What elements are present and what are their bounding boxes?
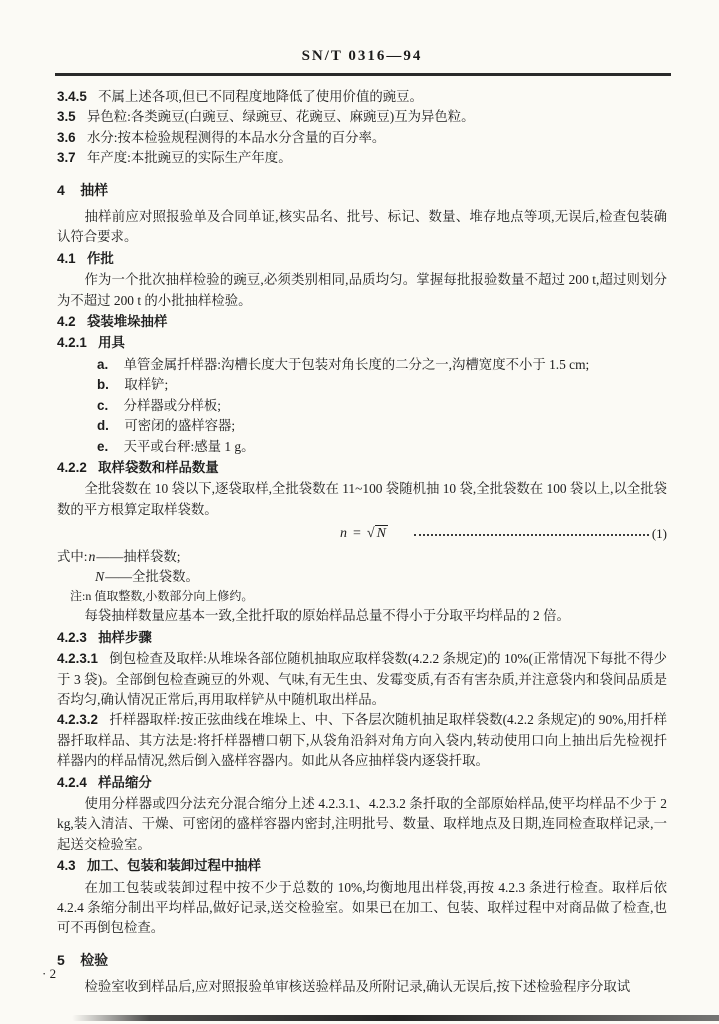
paragraph-4-1: 作为一个批次抽样检验的豌豆,必须类别相同,品质均匀。掌握每批报验数量不超过 20… <box>57 270 667 311</box>
heading-4-2-4: 4.2.4样品缩分 <box>57 773 667 793</box>
list-text: 单管金属扦样器:沟槽长度大于包装对角长度的二分之一,沟槽宽度不小于 1.5 cm… <box>124 357 590 372</box>
list-item-d: d.可密闭的盛样容器; <box>97 416 667 436</box>
formula-1-row: n=√N (1) <box>57 524 667 544</box>
heading-number: 4.2.3 <box>57 630 87 645</box>
heading-4-sampling: 4抽样 <box>57 180 667 200</box>
clause-text: 水分:按本检验规程测得的本品水分含量的百分率。 <box>87 130 385 145</box>
list-item-c: c.分样器或分样板; <box>97 396 667 416</box>
formula-var-N: N <box>375 525 388 541</box>
formula-def-line-2: N——全批袋数。 <box>94 567 667 587</box>
page-header: SN/T 0316—94 <box>57 48 667 65</box>
heading-number: 4.1 <box>57 251 76 266</box>
formula-expression: n=√N <box>340 524 388 544</box>
clause-number: 3.7 <box>57 150 76 165</box>
list-text: 天平或台秤:感量 1 g。 <box>124 439 255 454</box>
paragraph-4-2-4: 使用分样器或四分法充分混合缩分上述 4.2.3.1、4.2.3.2 条扦取的全部… <box>57 794 667 855</box>
heading-number: 4.3 <box>57 858 76 873</box>
list-text: 分样器或分样板; <box>124 398 221 413</box>
paragraph-5: 检验室收到样品后,应对照报验单审核送验样品及所附记录,确认无误后,按下述检验程序… <box>57 977 667 997</box>
standard-number: SN/T 0316—94 <box>302 48 423 64</box>
heading-number: 4.2.4 <box>57 775 87 790</box>
clause-text: 年产度:本批豌豆的实际生产年度。 <box>87 150 292 165</box>
list-marker: b. <box>97 377 109 392</box>
list-item-b: b.取样铲; <box>97 375 667 395</box>
clause-number: 3.5 <box>57 109 76 124</box>
heading-number: 5 <box>57 952 65 968</box>
formula-where-line: 式中:n——抽样袋数; <box>57 547 667 567</box>
clause-3-4-5: 3.4.5不属上述各项,但已不同程度地降低了使用价值的豌豆。 <box>57 87 667 107</box>
def-var-n: n <box>89 549 96 564</box>
paragraph-4-2-2: 全批袋数在 10 袋以下,逐袋取样,全批袋数在 11~100 袋随机抽 10 袋… <box>57 479 667 520</box>
list-marker: a. <box>97 357 108 372</box>
clause-3-7: 3.7年产度:本批豌豆的实际生产年度。 <box>57 148 667 168</box>
paragraph-4-2-2b: 每袋抽样数量应基本一致,全批扦取的原始样品总量不得小于分取平均样品的 2 倍。 <box>57 606 667 626</box>
heading-4-2-2: 4.2.2取样袋数和样品数量 <box>57 458 667 478</box>
heading-title: 取样袋数和样品数量 <box>98 460 219 475</box>
heading-4-1: 4.1作批 <box>57 249 667 269</box>
list-marker: d. <box>97 418 109 433</box>
heading-title: 抽样步骤 <box>98 630 152 645</box>
clause-3-6: 3.6水分:按本检验规程测得的本品水分含量的百分率。 <box>57 128 667 148</box>
heading-4-3: 4.3加工、包装和装卸过程中抽样 <box>57 856 667 876</box>
clause-4-2-3-2: 4.2.3.2扦样器取样:按正弦曲线在堆垛上、中、下各层次随机抽足取样袋数(4.… <box>57 710 667 771</box>
def-text-N: ——全批袋数。 <box>105 569 199 584</box>
heading-4-2: 4.2袋装堆垛抽样 <box>57 312 667 332</box>
heading-title: 加工、包装和装卸过程中抽样 <box>87 858 261 873</box>
list-marker: c. <box>97 398 108 413</box>
dot-leader <box>414 534 649 536</box>
clause-text: 扦样器取样:按正弦曲线在堆垛上、中、下各层次随机抽足取样袋数(4.2.2 条规定… <box>57 712 667 768</box>
heading-title: 用具 <box>98 335 125 350</box>
formula-number: (1) <box>652 524 667 544</box>
document-body: 3.4.5不属上述各项,但已不同程度地降低了使用价值的豌豆。 3.5异色粒:各类… <box>57 87 667 998</box>
list-item-a: a.单管金属扦样器:沟槽长度大于包装对角长度的二分之一,沟槽宽度不小于 1.5 … <box>97 355 667 375</box>
heading-4-2-1: 4.2.1用具 <box>57 333 667 353</box>
clause-number: 3.4.5 <box>57 89 87 104</box>
clause-3-5: 3.5异色粒:各类豌豆(白豌豆、绿豌豆、花豌豆、麻豌豆)互为异色粒。 <box>57 107 667 127</box>
heading-title: 作批 <box>87 251 114 266</box>
heading-number: 4.2.1 <box>57 335 87 350</box>
heading-5-inspection: 5检验 <box>57 950 667 970</box>
heading-4-2-3: 4.2.3抽样步骤 <box>57 628 667 648</box>
def-var-N: N <box>95 569 104 584</box>
heading-title: 样品缩分 <box>98 775 152 790</box>
list-text: 取样铲; <box>124 377 168 392</box>
heading-number: 4.2 <box>57 314 76 329</box>
formula-var-n: n <box>340 526 347 541</box>
radical-sign: √ <box>367 526 375 541</box>
clause-number: 4.2.3.1 <box>57 651 98 666</box>
heading-number: 4.2.2 <box>57 460 87 475</box>
def-text-n: ——抽样袋数; <box>96 549 180 564</box>
list-item-e: e.天平或台秤:感量 1 g。 <box>97 437 667 457</box>
heading-title: 袋装堆垛抽样 <box>87 314 167 329</box>
paragraph-4-3: 在加工包装或装卸过程中按不少于总数的 10%,均衡地甩出样袋,再按 4.2.3 … <box>57 878 667 939</box>
clause-text: 倒包检查及取样:从堆垛各部位随机抽取应取样袋数(4.2.2 条规定)的 10%(… <box>57 651 667 707</box>
document-page: SN/T 0316—94 3.4.5不属上述各项,但已不同程度地降低了使用价值的… <box>0 0 719 1024</box>
where-label: 式中: <box>57 549 88 564</box>
formula-note: 注:n 值取整数,小数部分向上修约。 <box>70 587 667 606</box>
heading-title: 检验 <box>80 952 108 968</box>
heading-number: 4 <box>57 182 65 198</box>
list-marker: e. <box>97 439 108 454</box>
header-rule <box>55 73 671 76</box>
equals-sign: = <box>353 526 361 541</box>
paragraph-4-intro: 抽样前应对照报验单及合同单证,核实品名、批号、标记、数量、堆存地点等项,无误后,… <box>57 207 667 248</box>
clause-text: 不属上述各项,但已不同程度地降低了使用价值的豌豆。 <box>98 89 423 104</box>
clause-4-2-3-1: 4.2.3.1倒包检查及取样:从堆垛各部位随机抽取应取样袋数(4.2.2 条规定… <box>57 649 667 710</box>
list-text: 可密闭的盛样容器; <box>124 418 235 433</box>
clause-number: 3.6 <box>57 130 76 145</box>
page-number: · 2 <box>42 966 56 982</box>
scan-edge-artifact <box>72 1015 719 1021</box>
clause-text: 异色粒:各类豌豆(白豌豆、绿豌豆、花豌豆、麻豌豆)互为异色粒。 <box>87 109 475 124</box>
clause-number: 4.2.3.2 <box>57 712 98 727</box>
heading-title: 抽样 <box>80 182 108 198</box>
